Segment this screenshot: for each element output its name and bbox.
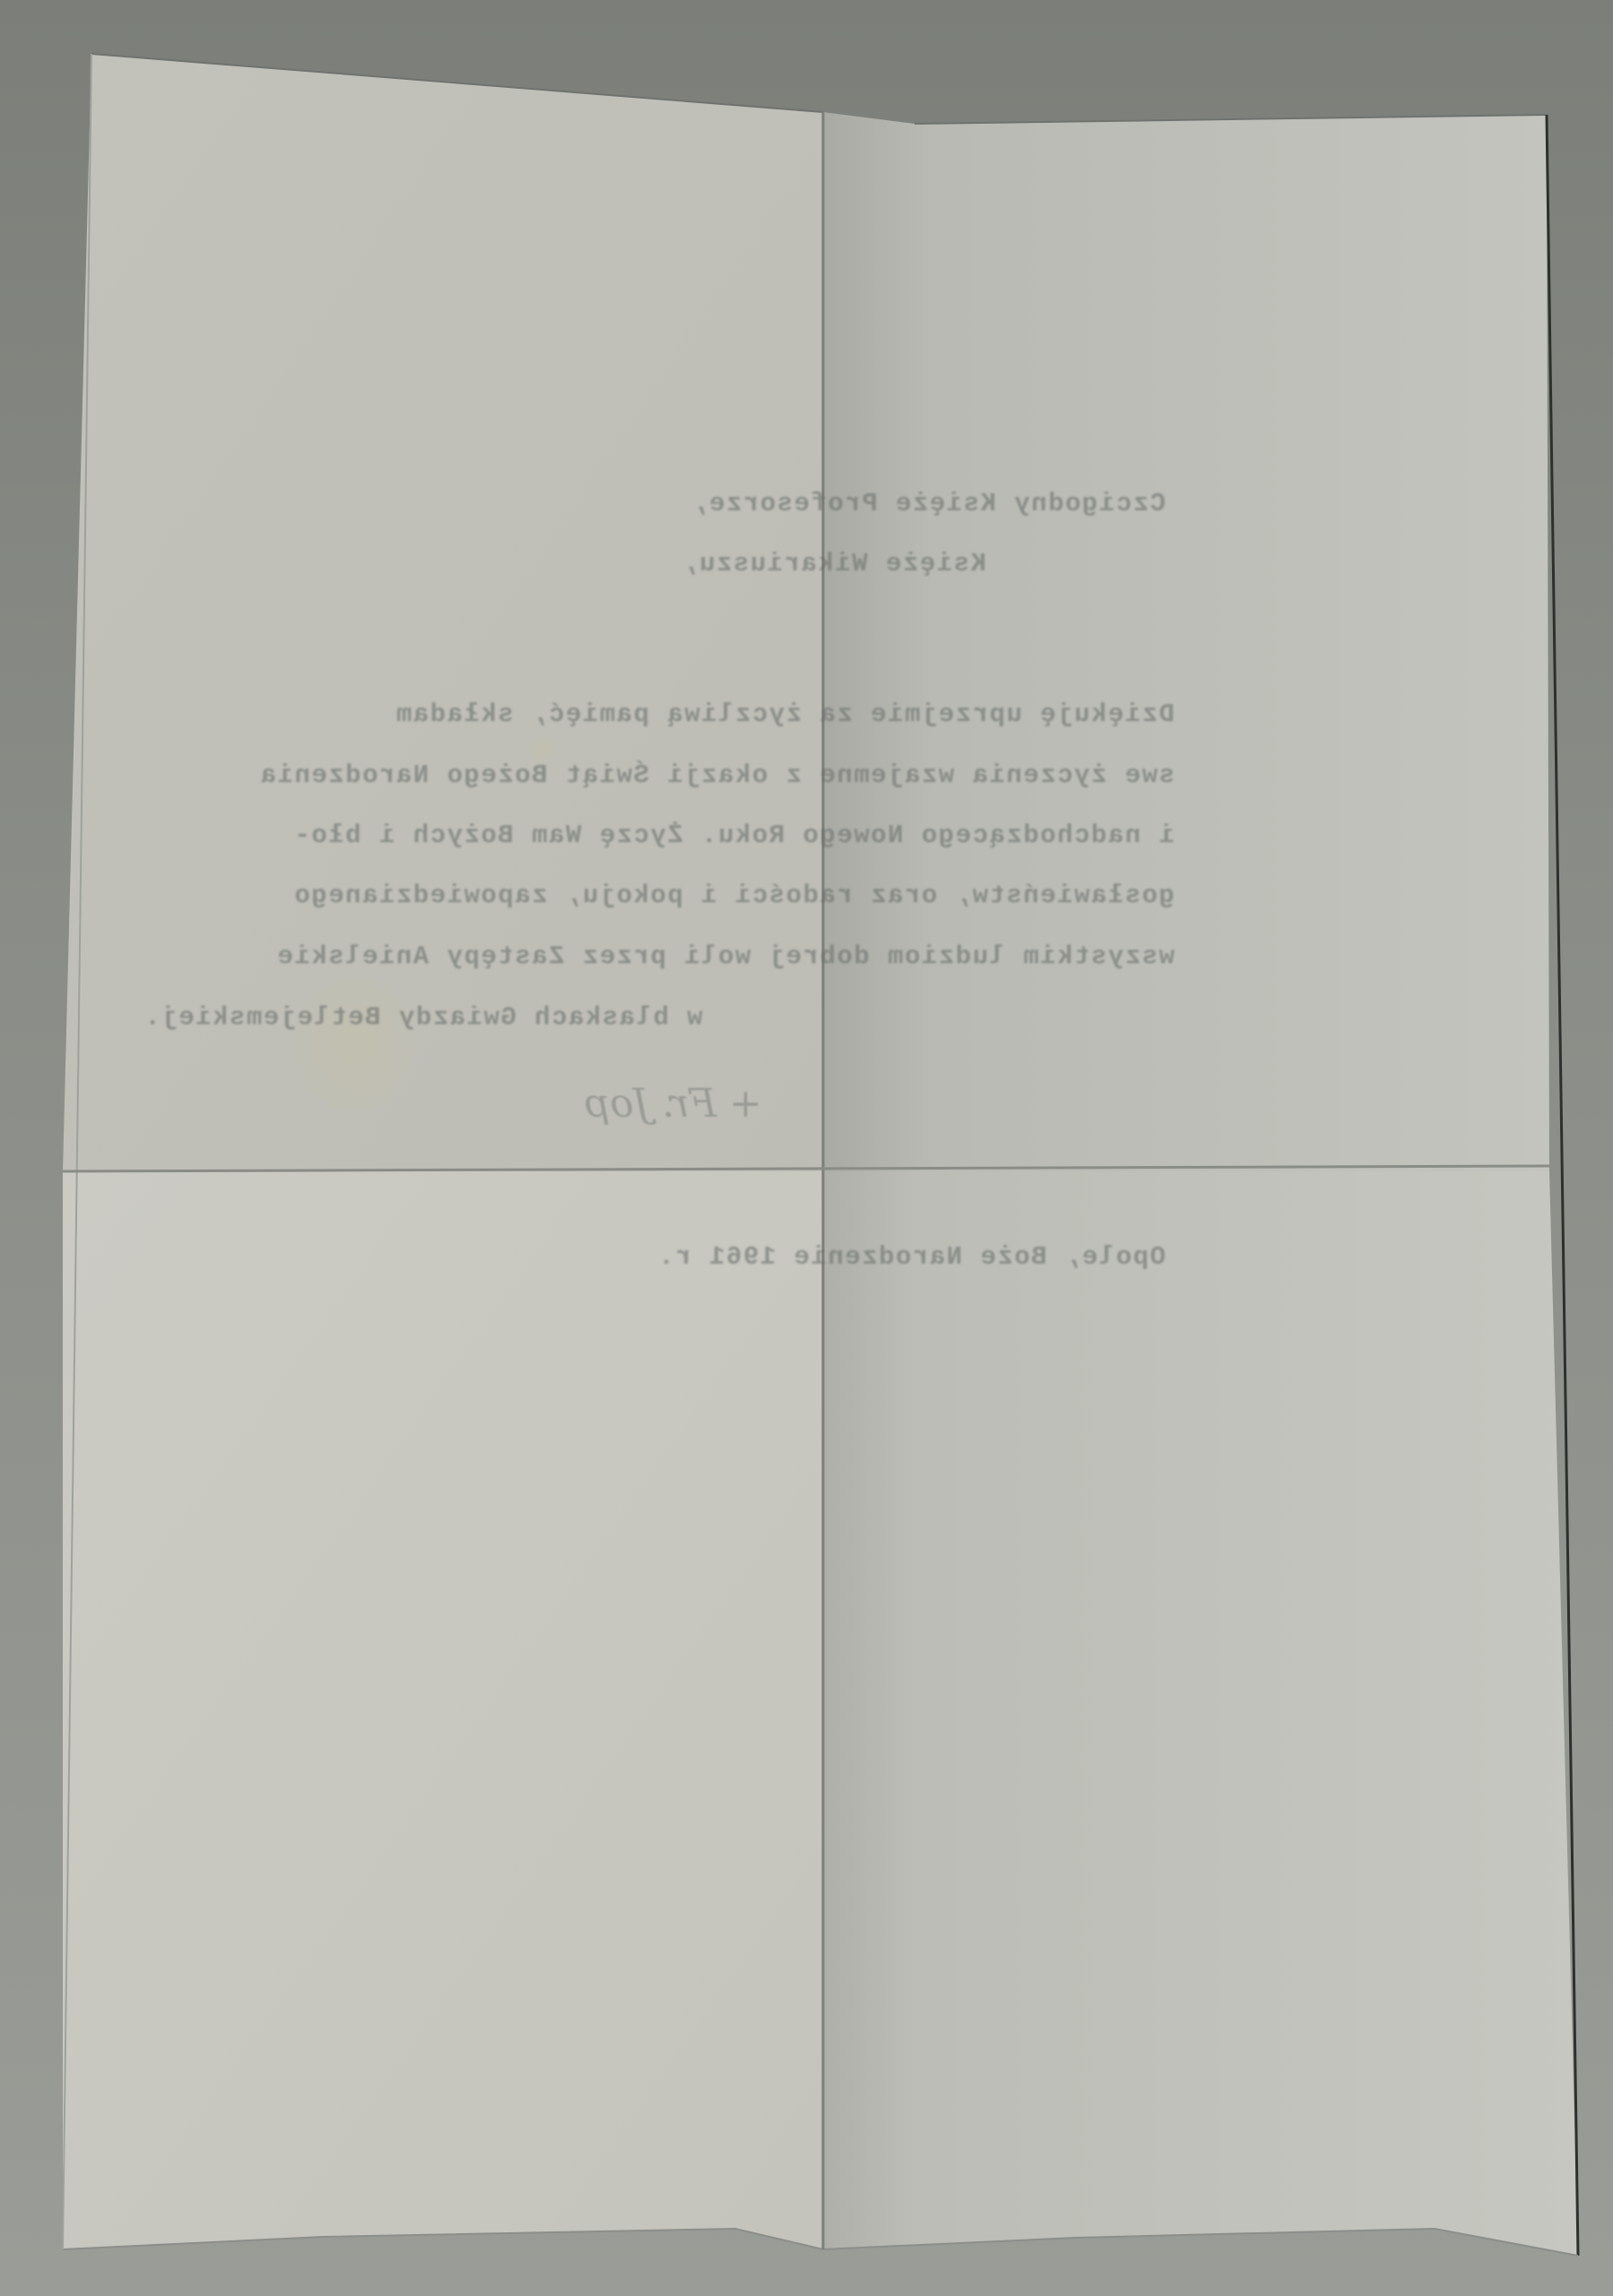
paper-stain [296,978,412,1112]
salutation-line-1: Czcigodny Księże Profesorze, [502,489,1166,518]
body-line-4: gosławieństw, oraz radości i pokoju, zap… [143,881,1175,910]
body-line-3: i nadchodzącego Nowego Roku. Życzę Wam B… [143,821,1175,850]
body-line-5: wszystkim ludziom dobrej woli przez Zast… [143,942,1175,971]
body-line-2: swe życzenia wzajemne z okazji Świąt Boż… [143,761,1175,790]
handwritten-signature: + Fr. Jop [403,1081,762,1161]
paper-stain [529,735,556,762]
salutation-line-2: Księże Wikariuszu, [448,549,986,578]
paper-shape [0,0,1613,2296]
date-line: Opole, Boże Narodzenie 1961 r. [574,1242,1166,1272]
body-line-1: Dziękuję uprzejmie za życzliwą pamięć, s… [143,700,1175,729]
body-line-6: w blaskach Gwiazdy Betlejemskiej. [143,1003,1175,1032]
folded-letter-sheet [0,0,1613,2296]
